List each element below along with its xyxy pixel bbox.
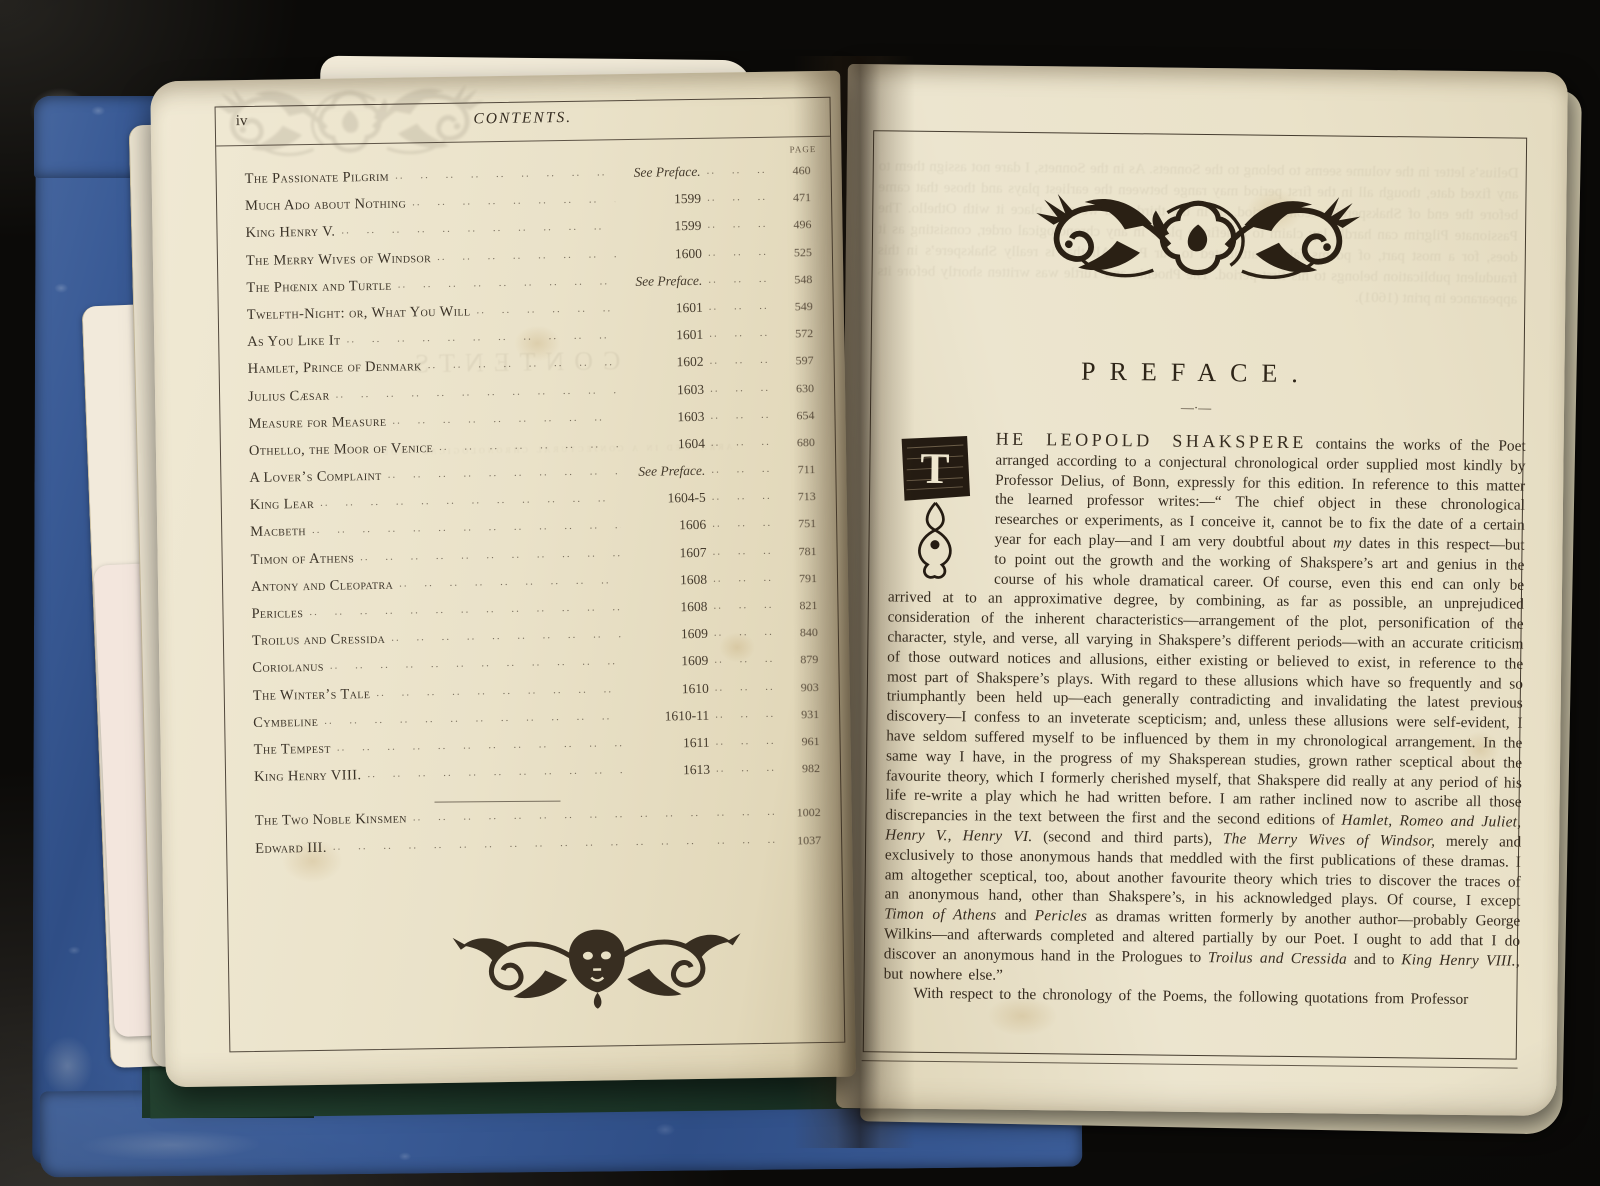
work-date: 1602 — [618, 354, 704, 371]
work-page-number: 460 — [765, 163, 811, 179]
work-page-number: 711 — [769, 462, 815, 478]
italic-work-title: Troilus and Cressida — [1208, 949, 1347, 968]
work-date: 1610-11 — [623, 708, 709, 725]
dot-leader — [707, 572, 771, 585]
work-title: Timon of Athens — [251, 550, 355, 569]
dot-leader — [318, 710, 623, 727]
dot-leader — [704, 408, 768, 421]
work-title: The Tempest — [254, 741, 331, 759]
work-title: Julius Cæsar — [248, 387, 330, 405]
dot-leader — [706, 544, 770, 557]
work-page-number: 903 — [773, 680, 819, 696]
dot-leader — [330, 384, 619, 401]
work-title: Measure for Measure — [248, 414, 386, 433]
dot-leader — [303, 601, 621, 618]
work-page-number: 961 — [773, 734, 819, 750]
work-date: 1599 — [615, 218, 701, 235]
dot-leader — [382, 465, 620, 481]
dot-leader — [335, 221, 615, 237]
dot-leader — [340, 329, 617, 345]
dot-leader — [361, 764, 624, 780]
work-page-number: 781 — [770, 544, 816, 560]
work-title: King Lear — [250, 496, 315, 514]
dot-leader — [422, 356, 618, 371]
work-page-number: 982 — [774, 761, 820, 777]
work-date: 1604-5 — [620, 490, 706, 507]
work-page-number: 791 — [771, 571, 817, 587]
work-page-number: 1037 — [775, 833, 821, 849]
dot-leader — [703, 300, 767, 313]
dot-leader — [709, 735, 773, 748]
paragraph-text: dates in this respect—but to point out t… — [885, 535, 1524, 829]
dot-leader — [711, 806, 775, 819]
dot-leader — [704, 381, 768, 394]
dot-leader — [406, 193, 615, 208]
dot-leader — [393, 574, 621, 590]
dot-leader — [711, 833, 775, 846]
work-date: 1607 — [620, 544, 706, 561]
opening-caps: HE LEOPOLD SHAKSPERE — [996, 429, 1307, 453]
dot-leader — [386, 411, 618, 427]
dot-leader — [709, 680, 773, 693]
contents-heading: CONTENTS. — [216, 105, 830, 133]
work-date: 1603 — [618, 381, 704, 398]
dot-leader — [392, 275, 617, 291]
dot-leader — [306, 520, 620, 537]
work-date: 1610 — [623, 680, 709, 697]
work-title: The Two Noble Kinsmen — [255, 811, 407, 830]
preface-body: T HE LEOPOLD SHAKSPERE contains the work… — [883, 428, 1525, 1010]
work-page-number: 821 — [771, 598, 817, 614]
dot-leader — [706, 490, 770, 503]
dot-leader — [702, 273, 766, 286]
work-title: Antony and Cleopatra — [251, 577, 393, 596]
work-page-number: 549 — [767, 299, 813, 315]
work-page-number: 680 — [769, 435, 815, 451]
dot-leader — [470, 302, 617, 316]
dot-leader — [407, 807, 711, 824]
work-date: 1611 — [623, 735, 709, 752]
work-title: Edward III. — [255, 839, 327, 857]
dot-leader — [433, 438, 619, 453]
work-title: A Lover’s Complaint — [249, 468, 382, 487]
work-page-number: 572 — [767, 326, 813, 342]
dot-leader — [701, 218, 765, 231]
dot-leader — [708, 653, 772, 666]
drop-cap-letter: T — [920, 445, 950, 493]
work-page-number: 751 — [770, 517, 816, 533]
work-page-number: 713 — [770, 489, 816, 505]
dot-leader — [709, 708, 773, 721]
work-title: Much Ado about Nothing — [245, 196, 406, 216]
contents-separator-rule — [434, 801, 560, 803]
work-date: See Preface. — [615, 164, 701, 181]
work-page-number: 548 — [766, 272, 812, 288]
dot-leader — [354, 547, 621, 563]
work-page-number: 525 — [766, 245, 812, 261]
dot-leader — [314, 492, 620, 509]
contents-page: CONTENTS arranged in a conjectural chron… — [150, 71, 856, 1088]
italic-work-title: my — [1333, 534, 1352, 551]
work-page-number: 931 — [773, 707, 819, 723]
work-date: 1609 — [622, 626, 708, 643]
italic-work-title: Pericles — [1035, 907, 1088, 925]
paragraph-text: (second and third parts), — [1032, 828, 1223, 847]
work-title: King Henry V. — [245, 224, 335, 242]
dot-leader — [704, 354, 768, 367]
header-rule — [216, 136, 830, 147]
work-date: 1606 — [620, 517, 706, 534]
dot-leader — [431, 248, 616, 263]
preface-page: Delius’s letter in the volume seems to b… — [836, 64, 1568, 1116]
work-title: King Henry VIII. — [254, 767, 362, 786]
work-page-number: 471 — [765, 190, 811, 206]
work-date: 1604 — [619, 436, 705, 453]
italic-work-title: Timon of Athens — [884, 906, 996, 924]
italic-work-title: The Merry Wives of Windsor, — [1223, 830, 1436, 849]
work-date: 1603 — [618, 409, 704, 426]
work-title: Othello, the Moor of Venice — [249, 440, 433, 460]
paragraph-text: and to — [1347, 950, 1401, 968]
work-title: Troilus and Cressida — [252, 631, 385, 650]
dot-leader — [701, 191, 765, 204]
tailpiece-ornament — [446, 915, 747, 1015]
work-date: 1601 — [617, 327, 703, 344]
work-page-number: 1002 — [775, 805, 821, 821]
dot-leader — [701, 164, 765, 177]
headpiece-ornament — [1021, 184, 1374, 294]
work-title: Macbeth — [250, 524, 306, 542]
work-title: The Passionate Pilgrim — [245, 169, 390, 188]
work-date: 1608 — [621, 599, 707, 616]
italic-work-title: King Henry VIII. — [1401, 951, 1516, 969]
work-date: 1608 — [621, 572, 707, 589]
work-title: Twelfth-Night: or, What You Will — [247, 303, 471, 324]
work-date: 1599 — [615, 191, 701, 208]
dot-leader — [706, 517, 770, 530]
dot-leader — [324, 656, 623, 673]
dot-leader — [707, 599, 771, 612]
dot-leader — [708, 626, 772, 639]
page-column-header: PAGE — [790, 144, 817, 154]
dot-leader — [702, 245, 766, 258]
work-date: 1601 — [617, 300, 703, 317]
dot-leader — [331, 737, 624, 754]
work-title: Cymbeline — [253, 714, 318, 732]
work-page-number: 879 — [772, 652, 818, 668]
work-date: 1600 — [616, 245, 702, 262]
page-border-rule: iv CONTENTS. PAGE The Passionate Pilgrim… — [215, 97, 846, 1053]
work-date: 1609 — [622, 653, 708, 670]
paragraph-text: and — [996, 907, 1034, 924]
dot-leader — [705, 463, 769, 476]
work-page-number: 630 — [768, 381, 814, 397]
work-date: See Preface. — [616, 273, 702, 290]
work-title: The Winter’s Tale — [253, 686, 371, 705]
work-page-number: 654 — [768, 408, 814, 424]
dot-leader — [385, 628, 622, 644]
dot-leader — [705, 436, 769, 449]
work-title: Pericles — [251, 605, 303, 623]
dot-leader — [703, 327, 767, 340]
work-title: Hamlet, Prince of Denmark — [248, 359, 422, 379]
work-title: Coriolanus — [252, 659, 324, 677]
work-title: As You Like It — [247, 333, 341, 351]
work-date: See Preface. — [619, 463, 705, 480]
work-page-number: 496 — [765, 217, 811, 233]
dot-leader — [370, 683, 623, 699]
work-page-number: 597 — [768, 353, 814, 369]
dot-leader — [710, 762, 774, 775]
paragraph-text: contains the works of the Poet arranged … — [994, 435, 1525, 551]
drop-cap-T-ornament: T — [888, 431, 982, 582]
work-title: The Phœnix and Turtle — [246, 277, 392, 296]
work-date: 1613 — [624, 762, 710, 779]
work-page-number: 840 — [772, 625, 818, 641]
contents-list: The Passionate Pilgrim See Preface. 460 … — [245, 162, 822, 867]
work-title: The Merry Wives of Windsor — [246, 250, 431, 270]
dot-leader — [389, 166, 615, 182]
